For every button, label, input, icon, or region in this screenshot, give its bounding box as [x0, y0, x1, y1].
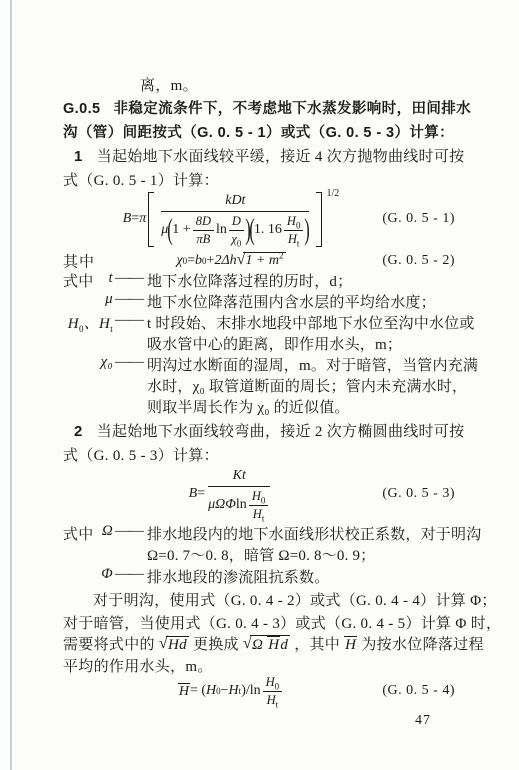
- den-Ht: Ht: [253, 506, 265, 522]
- numerator-Kt: Kt: [208, 467, 270, 487]
- paragraph-line3: 需要将式中的 √Hd 更换成 √Ω Hd ，其中 H 为按水位降落过程: [63, 633, 484, 654]
- item1-line1: 1当起始地下水面线较平缓，接近 4 次方抛物曲线时可按: [63, 145, 464, 166]
- var-H-bar: H: [178, 683, 190, 699]
- equals-sign: =: [197, 486, 205, 502]
- fraction-H0-Ht: H0Ht: [284, 214, 304, 247]
- var-b: b: [195, 253, 202, 269]
- definition-text: 吸水管中心的距离，即作用水头，m；: [147, 333, 402, 354]
- denominator: μ(1 + 8DπBln Dχ0)(1. 16 H0Ht): [161, 212, 309, 247]
- item2-number: 2: [74, 423, 83, 440]
- fraction-H0-Ht: H0Ht: [249, 489, 269, 522]
- paragraph-text: ，其中: [290, 637, 344, 653]
- var-pi: π: [139, 211, 146, 227]
- definition-dash: ——: [115, 566, 143, 583]
- minus-sign: −: [221, 683, 229, 699]
- fraction-H0-Ht: H0Ht: [263, 675, 283, 708]
- definition-text: 地下水位降落过程的历时，d；: [147, 270, 352, 291]
- clause-text-line1: 非稳定流条件下，不考虑地下水蒸发影响时，田间排水: [113, 101, 471, 117]
- sub-t: t: [276, 699, 279, 709]
- denominator: μΩΦln H0Ht: [208, 487, 270, 522]
- definition-dash: ——: [115, 291, 143, 308]
- exponent-one-half: 1/2: [326, 188, 339, 199]
- var-H: H: [252, 489, 261, 503]
- paragraph-text: 需要将式中的: [63, 637, 159, 653]
- carryover-line: 离，m。: [140, 74, 198, 95]
- right-paren-2: ): [305, 215, 311, 245]
- radical-sign: √: [237, 251, 246, 269]
- symbol-chi0: χ₀: [63, 354, 113, 371]
- den-Ht: Ht: [288, 231, 300, 247]
- paragraph-text: 更换成: [189, 637, 243, 653]
- var-omega: Ω: [252, 637, 267, 653]
- item2-line1: 2当起始地下水面线较弯曲，接近 2 次方椭圆曲线时可按: [63, 420, 464, 441]
- definition-text: 则取半周长作为 χ₀ 的近似值。: [147, 396, 350, 417]
- paragraph-text: 对于明沟，使用式（G. 0. 4 - 2）或式（G. 0. 4 - 4）计算 Φ…: [93, 593, 497, 609]
- item2-text-line2: 式（G. 0. 5 - 3）计算：: [63, 448, 219, 464]
- definition-dash: ——: [115, 270, 143, 287]
- symbol-H0-Ht: H0、Ht: [63, 312, 113, 333]
- den-chi0: χ0: [231, 231, 241, 247]
- main-fraction: kDt μ(1 + 8DπBln Dχ0)(1. 16 H0Ht): [161, 192, 309, 247]
- paragraph-line2: 对于暗管，当使用式（G. 0. 4 - 3）或式（G. 0. 4 - 5）计算 …: [63, 612, 501, 633]
- symbol-mu: μ: [63, 291, 113, 308]
- fraction-D-chi0: Dχ0: [229, 214, 244, 247]
- var-H: H: [266, 675, 275, 689]
- page-content: 离，m。 G.0.5非稳定流条件下，不考虑地下水蒸发影响时，田间排水 沟（管）间…: [63, 0, 457, 770]
- ln-operator: ln: [216, 222, 227, 238]
- var-H: H: [229, 683, 239, 699]
- sub-0: 0: [261, 495, 266, 505]
- num-H0: H0: [263, 675, 283, 692]
- item1-number: 1: [74, 148, 83, 165]
- item2-text-line1: 当起始地下水面线较弯曲，接近 2 次方椭圆曲线时可按: [97, 424, 465, 440]
- num-8D: 8D: [193, 214, 214, 231]
- item2-line2: 式（G. 0. 5 - 3）计算：: [63, 444, 219, 465]
- formula-g-0-5-4: H = (H0 − Ht)/ln H0Ht (G. 0. 5 - 4): [63, 670, 457, 712]
- formula-label-g-0-5-4: (G. 0. 5 - 4): [382, 683, 455, 699]
- var-H: H: [267, 693, 276, 707]
- among-which-label: 其中: [63, 251, 95, 272]
- sub-0: 0: [237, 238, 242, 248]
- var-H: H: [288, 232, 297, 246]
- definition-text: Ω=0. 7～0. 8，暗管 Ω=0. 8～0. 9；: [147, 544, 375, 565]
- page-edge-line: [10, 0, 12, 770]
- one-plus: 1 +: [172, 222, 190, 238]
- bracket-group: kDt μ(1 + 8DπBln Dχ0)(1. 16 H0Ht): [148, 192, 322, 247]
- var-H-bar: H: [344, 636, 357, 654]
- clause-heading-line2: 沟（管）间距按式（G. 0. 5 - 1）或式（G. 0. 5 - 3）计算：: [63, 121, 454, 142]
- equals-sign: =: [131, 211, 139, 227]
- var-H: H: [68, 316, 79, 332]
- close-paren-ln: )/ln: [241, 683, 260, 699]
- definition-dash: ——: [115, 354, 143, 371]
- formula-g-0-5-3: B = Kt μΩΦln H0Ht (G. 0. 5 - 3): [63, 465, 457, 523]
- page-number: 47: [415, 713, 431, 729]
- definition-text: t 时段始、末排水地段中部地下水位至沟中水位或: [147, 312, 475, 333]
- ln-operator: ln: [236, 497, 247, 513]
- symbol-phi: Φ: [63, 566, 113, 583]
- left-bracket: [148, 192, 154, 247]
- coef-2-delta-h: 2Δh: [214, 253, 236, 269]
- right-bracket: [316, 192, 322, 247]
- coef-1-16: 1. 16: [254, 222, 282, 238]
- symbol-omega: Ω: [63, 523, 113, 540]
- radicand-text: 1 + m: [245, 253, 279, 268]
- clause-heading-line1: G.0.5非稳定流条件下，不考虑地下水蒸发影响时，田间排水: [63, 97, 471, 118]
- radicand: 1 + m2: [243, 252, 285, 269]
- definition-text: 排水地段的渗流阻抗系数。: [147, 566, 329, 587]
- formula-g-0-5-1: B = π kDt μ(1 + 8DπBln Dχ0)(1. 16 H0Ht) …: [63, 187, 457, 251]
- var-B: B: [189, 486, 198, 502]
- var-H: H: [253, 507, 262, 521]
- clause-number: G.0.5: [63, 101, 100, 117]
- document-page: 离，m。 G.0.5非稳定流条件下，不考虑地下水蒸发影响时，田间排水 沟（管）间…: [0, 0, 519, 770]
- equals-open-paren: = (: [190, 683, 206, 699]
- radical-sign: √: [243, 635, 252, 653]
- definition-text: 明沟过水断面的湿周，m。对于暗管，当管内充满: [147, 354, 478, 375]
- num-H0: H0: [284, 214, 304, 231]
- fraction-8D-piB: 8DπB: [193, 214, 214, 247]
- var-chi: χ: [176, 253, 182, 269]
- clause-text-line2: 沟（管）间距按式（G. 0. 5 - 1）或式（G. 0. 5 - 3）计算：: [63, 125, 454, 141]
- var-B: B: [123, 211, 132, 227]
- var-H2: 、H: [84, 316, 110, 332]
- definition-text: 地下水位降落范围内含水层的平均给水度；: [147, 291, 436, 312]
- formula-label-g-0-5-1: (G. 0. 5 - 1): [382, 211, 455, 227]
- equals-sign: =: [187, 253, 195, 269]
- var-H: H: [287, 214, 296, 228]
- den-Ht: Ht: [267, 692, 279, 708]
- left-paren-2: (: [249, 215, 255, 245]
- var-H-bar: H: [267, 636, 280, 654]
- radical-sign: √: [159, 635, 168, 653]
- num-H0: H0: [249, 489, 269, 506]
- sup-2: 2: [279, 251, 284, 261]
- item1-text-line1: 当起始地下水面线较平缓，接近 4 次方抛物曲线时可按: [97, 149, 465, 165]
- radicand-omega-Hbar-d: Ω Hd: [250, 635, 290, 654]
- sub-0: 0: [275, 681, 280, 691]
- main-fraction: Kt μΩΦln H0Ht: [208, 467, 270, 522]
- paragraph-line1: 对于明沟，使用式（G. 0. 4 - 2）或式（G. 0. 4 - 4）计算 Φ…: [93, 589, 497, 610]
- plus-sign: +: [207, 253, 215, 269]
- definition-dash: ——: [115, 312, 143, 329]
- mu-omega-phi: μΩΦ: [208, 497, 236, 513]
- formula-label-g-0-5-3: (G. 0. 5 - 3): [382, 486, 455, 502]
- var-d: d: [280, 637, 288, 653]
- formula-label-g-0-5-2: (G. 0. 5 - 2): [382, 253, 455, 269]
- paragraph-text: 对于暗管，当使用式（G. 0. 4 - 3）或式（G. 0. 4 - 5）计算 …: [63, 616, 501, 632]
- sub-t: t: [297, 238, 300, 248]
- sub-t: t: [262, 513, 265, 523]
- den-piB: πB: [196, 231, 210, 247]
- definition-dash: ——: [115, 523, 143, 540]
- symbol-t: t: [63, 270, 113, 287]
- left-paren: (: [168, 215, 174, 245]
- num-D: D: [229, 214, 244, 231]
- definition-text: 水时，χ₀ 取管道断面的周长；管内未充满水时，: [147, 375, 467, 396]
- definition-text: 排水地段内的地下水面线形状校正系数，对于明沟: [147, 523, 481, 544]
- sub-0: 0: [296, 220, 301, 230]
- numerator-kDt: kDt: [161, 192, 309, 212]
- sub-t: t: [110, 324, 113, 334]
- var-H: H: [206, 683, 216, 699]
- paragraph-text: 为按水位降落过程: [357, 637, 483, 653]
- radicand-Hd: Hd: [166, 636, 189, 654]
